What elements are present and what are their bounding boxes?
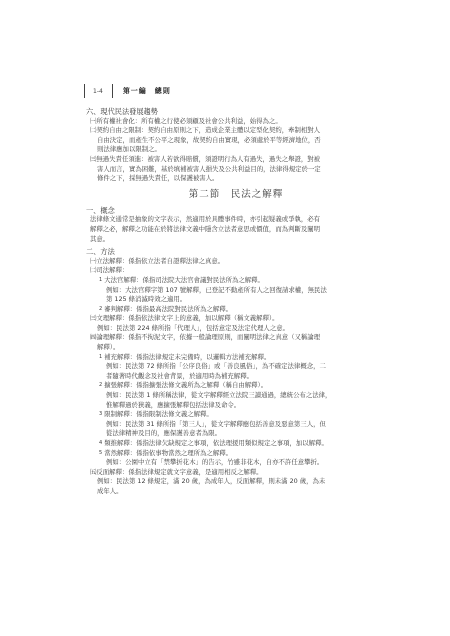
trend-line: ㈢無過失責任須進：被害人若欲得賠償，須證明行為人有過失，過失之舉證，對被 (86, 155, 386, 165)
method-text: 成年人。 (97, 487, 123, 495)
method-text: ㈣論理解釋：係指不拘泥文字，依據一般論理原則，而闡明法律之真意（又稱論理 (90, 333, 320, 341)
method-line: ㈢文理解釋：係指依法律文字上的意義，加以解釋（稱文義解釋）。 (86, 314, 386, 324)
method-text: 限制解釋：係指限制法條文義之解釋。 (104, 410, 213, 418)
item-number: 4 (99, 440, 102, 446)
method-line: 4類推解釋：係指法律欠缺規定之事項，依法理援用類似規定之事項，加以解釋。 (86, 439, 386, 449)
method-text: 例如：大法官釋字第 107 號解釋，已登記不動產所有人之回復請求權，無民法 (106, 286, 327, 294)
method-text: 擴張解釋：係指擴張法條文義所為之解釋（稱自由解釋）。 (104, 381, 267, 389)
item-number: 3 (99, 411, 102, 417)
item-number: 1 (99, 277, 102, 283)
trend-line: 則法律應加以限制之。 (86, 145, 386, 155)
method-line: 例如：公園中立有「禁攀折花木」的告示，竹雖非花木，自亦不許任意攀折。 (86, 458, 386, 468)
item-number: 5 (99, 450, 102, 456)
method-line: 2審判解釋：係指最高法院對民法所為之解釋。 (86, 305, 386, 315)
method-line: ㈤反面解釋：係指法律規定就文字意義，是適用相反之解釋。 (86, 468, 386, 478)
method-text: 惟解釋過於狹義，應擴張解釋包括法律及命令。 (106, 401, 240, 409)
item-number: 2 (99, 382, 102, 388)
concept-line: 其意。 (86, 235, 386, 245)
section-title: 第二節 民法之解釋 (86, 188, 386, 202)
method-line: 例如：大法官釋字第 107 號解釋，已登記不動產所有人之回復請求權，無民法 (86, 286, 386, 296)
concept-line: 解釋之必，解釋之功能在於將法律文義中隱含立法者意思或價值，而為判斷及闡明 (86, 225, 386, 235)
method-text: 當然解釋：係指依事物當然之理所為之解釋。 (104, 449, 232, 457)
method-line: 成年人。 (86, 487, 386, 497)
method-text: 例如：民法第 1 條所稱法律，從文字解釋經立法院三讀通過，總統公布之法律， (106, 391, 331, 399)
item-number: 2 (99, 306, 102, 312)
method-line: ㈡司法解釋： (86, 266, 386, 276)
method-text: 類推解釋：係指法律欠缺規定之事項，依法理援用類似規定之事項，加以解釋。 (104, 439, 328, 447)
method-line: 惟解釋過於狹義，應擴張解釋包括法律及命令。 (86, 401, 386, 411)
method-text: 例如：公園中立有「禁攀折花木」的告示，竹雖非花木，自亦不許任意攀折。 (106, 458, 323, 466)
document-page: 1-4 第一編 總則 六、現代民法發展趨勢 ㈠所有權社會化：所有權之行使必須顧及… (0, 0, 450, 636)
method-line: 1大法官解釋：係指司法院大法官會議對民法所為之解釋。 (86, 276, 386, 286)
trend-line: 條件之下，採無過失責任，以保護被害人。 (86, 174, 386, 184)
method-text: 補充解釋：係指法律規定未完備時，以邏輯方法補充解釋。 (104, 353, 270, 361)
heading-trends: 六、現代民法發展趨勢 (86, 107, 386, 117)
concept-line: 法律條文通常是抽象的文字表示，然適用於具體事件時，亦引起疑義或爭執，必有 (86, 215, 386, 225)
heading-concept: 一、概念 (86, 206, 386, 216)
method-line: ㈣論理解釋：係指不拘泥文字，依據一般論理原則，而闡明法律之真意（又稱論理 (86, 333, 386, 343)
method-text: 大法官解釋：係指司法院大法官會議對民法所為之解釋。 (104, 276, 264, 284)
method-text: 例如：民法第 224 條所指「代理人」，包括意定及法定代理人之意。 (97, 324, 289, 332)
method-line: 者隨著時代觀念及社會背景，於適用時為補充解釋。 (86, 372, 386, 382)
method-text: 例如：民法第 72 條所指「公序良俗」或「善良風俗」，為不確定法律概念，二 (106, 362, 326, 370)
method-text: 審判解釋：係指最高法院對民法所為之解釋。 (104, 305, 232, 313)
method-line: 例如：民法第 72 條所指「公序良俗」或「善良風俗」，為不確定法律概念，二 (86, 362, 386, 372)
trend-line: 害人而言，實為困難，基於填補被害人損失及公共利益目的，法律得規定於一定 (86, 165, 386, 175)
method-text: 解釋）。 (97, 343, 119, 351)
trend-line: ㈡契約自由之限制：契約自由原則之下，造成企業主體以定型化契約，牽制相對人 (86, 126, 386, 136)
method-text: 第 125 條消滅時效之適用。 (106, 295, 186, 303)
method-text: 例如：民法第 12 條規定，滿 20 歲，為成年人，反面解釋，則未滿 20 歲，… (97, 477, 325, 485)
heading-method: 二、方法 (86, 247, 386, 257)
method-text: ㈢文理解釋：係指依法律文字上的意義，加以解釋（稱文義解釋）。 (90, 314, 279, 322)
chapter-title: 第一編 總則 (113, 86, 171, 96)
method-line: 2擴張解釋：係指擴張法條文義所為之解釋（稱自由解釋）。 (86, 381, 386, 391)
method-line: 例如：民法第 224 條所指「代理人」，包括意定及法定代理人之意。 (86, 324, 386, 334)
method-text: ㈤反面解釋：係指法律規定就文字意義，是適用相反之解釋。 (90, 468, 263, 476)
method-line: 3限制解釋：係指限制法條文義之解釋。 (86, 410, 386, 420)
method-text: 例如：民法第 31 條所指「第三人」，從文字解釋應包括善意及惡意第三人，但 (106, 420, 326, 428)
method-line: 1補充解釋：係指法律規定未完備時，以邏輯方法補充解釋。 (86, 353, 386, 363)
method-line: 第 125 條消滅時效之適用。 (86, 295, 386, 305)
trend-line: 自由決定，而產生不公平之現象，故契約自由實現，必須處於平等經濟地位，否 (86, 136, 386, 146)
method-text: 從法律精神及目的，應保護善意者為限。 (106, 429, 221, 437)
method-line: 5當然解釋：係指依事物當然之理所為之解釋。 (86, 449, 386, 459)
method-text: 者隨著時代觀念及社會背景，於適用時為補充解釋。 (106, 372, 253, 380)
method-line: 例如：民法第 31 條所指「第三人」，從文字解釋應包括善意及惡意第三人，但 (86, 420, 386, 430)
method-line: ㈠立法解釋：係指依立法者自證釋法律之真意。 (86, 257, 386, 267)
page-header: 1-4 第一編 總則 (84, 84, 171, 98)
method-text: ㈡司法解釋： (90, 266, 128, 274)
method-line: 例如：民法第 1 條所稱法律，從文字解釋經立法院三讀通過，總統公布之法律， (86, 391, 386, 401)
page-number: 1-4 (85, 88, 112, 95)
method-line: 例如：民法第 12 條規定，滿 20 歲，為成年人，反面解釋，則未滿 20 歲，… (86, 477, 386, 487)
trend-line: ㈠所有權社會化：所有權之行使必須顧及社會公共利益，始得為之。 (86, 117, 386, 127)
method-list: ㈠立法解釋：係指依立法者自證釋法律之真意。㈡司法解釋：1大法官解釋：係指司法院大… (86, 257, 386, 497)
item-number: 1 (99, 354, 102, 360)
method-line: 從法律精神及目的，應保護善意者為限。 (86, 429, 386, 439)
method-line: 解釋）。 (86, 343, 386, 353)
method-text: ㈠立法解釋：係指依立法者自證釋法律之真意。 (90, 257, 224, 265)
page-body: 六、現代民法發展趨勢 ㈠所有權社會化：所有權之行使必須顧及社會公共利益，始得為之… (86, 107, 386, 497)
